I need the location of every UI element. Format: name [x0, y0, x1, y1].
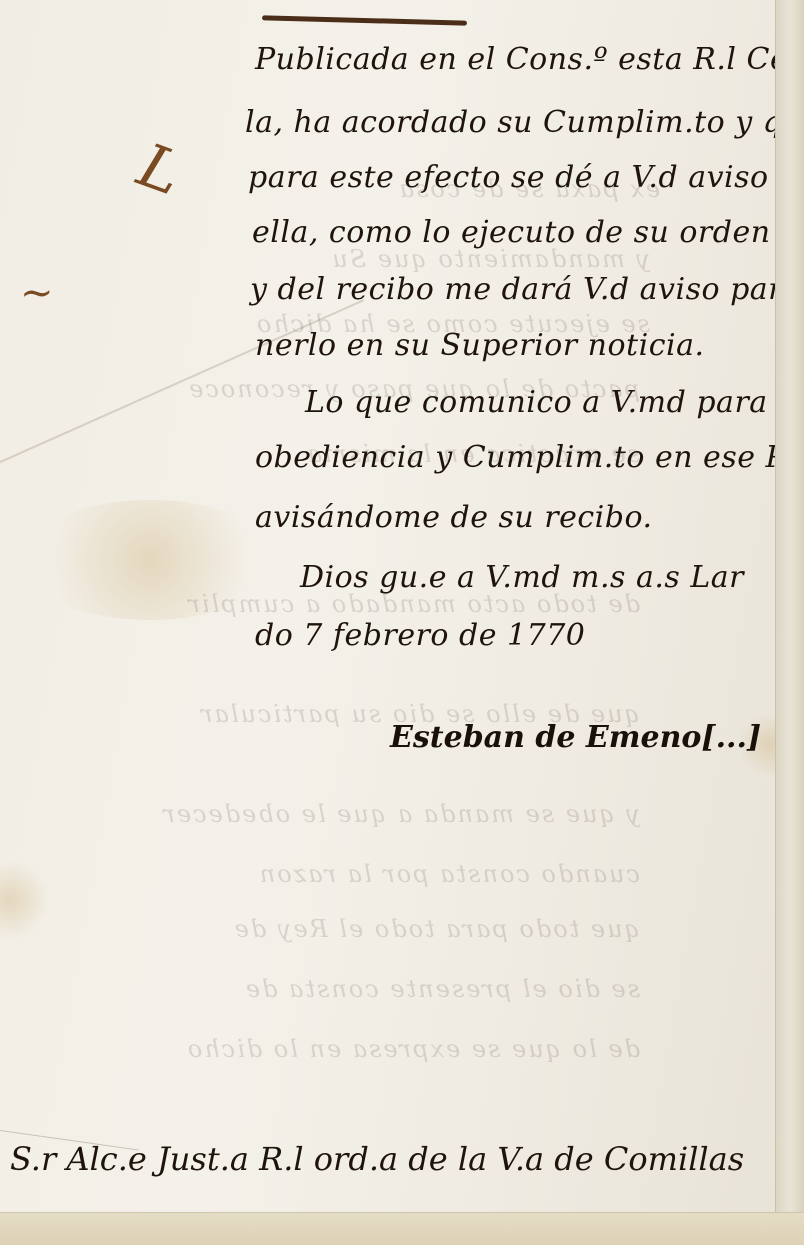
letter-line: la, ha acordado su Cumplim.to y que — [245, 105, 780, 140]
letter-line: Publicada en el Cons.º esta R.l Cédu — [255, 42, 780, 77]
bleed-through-line: de lo que se expresa en lo dicho — [0, 1035, 640, 1063]
letter-line: para este efecto se dé a V.d aviso de — [248, 160, 780, 195]
letter-line: obediencia y Cumplim.to en ese Pueb. — [255, 440, 780, 475]
letter-line: Dios gu.e a V.md m.s a.s Lar — [300, 560, 744, 595]
bleed-through-line: y que se manda a que le obedecer — [0, 800, 640, 828]
signature: Esteban de Emeno[...] — [390, 720, 761, 755]
bleed-through-line: que todo para todo el Rey de — [0, 915, 640, 943]
margin-mark: ~ — [20, 270, 54, 316]
letter-line: ella, como lo ejecuto de su orden — [252, 215, 771, 250]
bleed-through-line: se dio el presente consta de — [0, 975, 640, 1003]
ink-flourish — [262, 15, 467, 25]
letter-line: Lo que comunico a V.md para q.e — [305, 385, 780, 420]
manuscript-page: ex paxa se de cosa y mandamiento que Su … — [0, 0, 780, 1215]
letter-line: nerlo en su Superior noticia. — [255, 328, 705, 363]
page-binding-edge — [775, 0, 804, 1245]
letter-line: y del recibo me dará V.d aviso para p. — [250, 272, 780, 307]
letter-line: do 7 febrero de 1770 — [255, 618, 585, 653]
address-line: S.r Alc.e Just.a R.l ord.a de la V.a de … — [10, 1140, 744, 1178]
letter-line: avisándome de su recibo. — [255, 500, 653, 535]
underlying-page-edge — [0, 1212, 804, 1245]
bleed-through-line: cuando consta por la razon — [0, 860, 640, 888]
